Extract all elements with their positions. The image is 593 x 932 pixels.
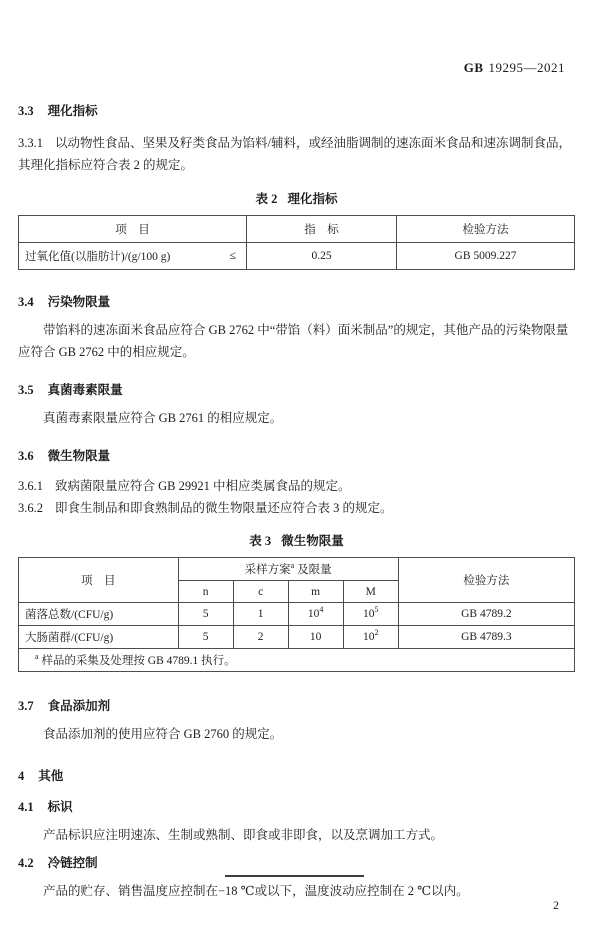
section-heading-3-7: 3.7食品添加剂 — [18, 698, 575, 714]
aerobic-count-c: 1 — [233, 603, 288, 626]
table-3-header-method: 检验方法 — [398, 558, 574, 603]
section-heading-3-6: 3.6微生物限量 — [18, 448, 575, 464]
standard-code: 19295—2021 — [489, 60, 566, 75]
table-3-footnote: a 样品的采集及处理按 GB 4789.1 执行。 — [19, 649, 575, 672]
section-heading-3-3: 3.3理化指标 — [18, 103, 575, 119]
peroxide-test-method: GB 5009.227 — [397, 243, 575, 270]
table-3-subcol-c: c — [233, 581, 288, 603]
paragraph-3-7: 食品添加剂的使用应符合 GB 2760 的规定。 — [18, 723, 575, 745]
table-3-header-sampling: 采样方案a 及限量 — [178, 558, 398, 581]
clause-number: 3.3.1 — [18, 136, 43, 150]
table-3-microbial-limits: 项 目 采样方案a 及限量 检验方法 n c m M 菌落总数/(CFU/g) … — [18, 557, 575, 672]
section-number: 4.1 — [18, 800, 34, 814]
coliform-M: 102 — [343, 626, 398, 649]
footnote-text: 样品的采集及处理按 GB 4789.1 执行。 — [41, 655, 235, 667]
standard-prefix: GB — [464, 60, 484, 75]
table-row: 大肠菌群/(CFU/g) 5 2 10 102 GB 4789.3 — [19, 626, 575, 649]
table-2-header-index: 指 标 — [246, 216, 396, 243]
table-2-header-method: 检验方法 — [397, 216, 575, 243]
paragraph-3-4: 带馅料的速冻面米食品应符合 GB 2762 中“带馅（料）面米制品”的规定，其他… — [18, 319, 575, 363]
table-3-caption: 表 3微生物限量 — [18, 531, 575, 549]
clause-number: 3.6.2 — [18, 501, 43, 515]
coliform-item: 大肠菌群/(CFU/g) — [19, 626, 179, 649]
table-row: 菌落总数/(CFU/g) 5 1 104 105 GB 4789.2 — [19, 603, 575, 626]
table-3-header-row-1: 项 目 采样方案a 及限量 检验方法 — [19, 558, 575, 581]
section-title: 标识 — [48, 800, 73, 814]
coliform-m: 10 — [288, 626, 343, 649]
footer-divider — [225, 875, 364, 877]
section-title: 污染物限量 — [48, 295, 111, 309]
section-title: 理化指标 — [48, 104, 98, 118]
table-3-subcol-n: n — [178, 581, 233, 603]
clause-text: 即食生制品和即食熟制品的微生物限量还应符合表 3 的规定。 — [55, 501, 393, 515]
peroxide-value-item: 过氧化值(以脂肪计)/(g/100 g) ≤ — [25, 248, 240, 264]
section-number: 3.7 — [18, 699, 34, 713]
coliform-method: GB 4789.3 — [398, 626, 574, 649]
peroxide-value-limit: 0.25 — [246, 243, 396, 270]
paragraph-4-2: 产品的贮存、销售温度应控制在−18 ℃或以下，温度波动应控制在 2 ℃以内。 — [18, 880, 575, 902]
table-3-caption-title: 微生物限量 — [281, 534, 344, 548]
section-heading-4: 4其他 — [18, 768, 575, 784]
clause-text: 致病菌限量应符合 GB 29921 中相应类属食品的规定。 — [55, 479, 351, 493]
section-heading-4-1: 4.1标识 — [18, 799, 575, 815]
clause-text: 以动物性食品、坚果及籽类食品为馅料/辅料，或经油脂调制的速冻面米食品和速冻调制食… — [18, 136, 571, 172]
table-2-caption: 表 2理化指标 — [18, 189, 575, 207]
section-heading-3-4: 3.4污染物限量 — [18, 294, 575, 310]
section-number: 3.4 — [18, 295, 34, 309]
table-2-caption-title: 理化指标 — [287, 192, 337, 206]
aerobic-count-item: 菌落总数/(CFU/g) — [19, 603, 179, 626]
table-3-subcol-m: m — [288, 581, 343, 603]
table-2-physical-chemical: 项 目 指 标 检验方法 过氧化值(以脂肪计)/(g/100 g) ≤ 0.25… — [18, 215, 575, 270]
coliform-n: 5 — [178, 626, 233, 649]
less-equal-symbol: ≤ — [230, 250, 240, 262]
section-number: 4 — [18, 769, 24, 783]
clause-3-6-1: 3.6.1致病菌限量应符合 GB 29921 中相应类属食品的规定。 — [18, 475, 575, 497]
section-number: 3.6 — [18, 449, 34, 463]
table-3-subcol-M: M — [343, 581, 398, 603]
aerobic-count-n: 5 — [178, 603, 233, 626]
standard-number-header: GB19295—2021 — [18, 0, 575, 76]
page-number: 2 — [553, 898, 559, 913]
section-heading-4-2: 4.2冷链控制 — [18, 855, 575, 871]
section-title: 真菌毒素限量 — [48, 383, 123, 397]
clause-3-3-1: 3.3.1以动物性食品、坚果及籽类食品为馅料/辅料，或经油脂调制的速冻面米食品和… — [18, 132, 575, 176]
table-2-caption-label: 表 2 — [256, 192, 278, 206]
table-3-footnote-row: a 样品的采集及处理按 GB 4789.1 执行。 — [19, 649, 575, 672]
section-title: 食品添加剂 — [48, 699, 111, 713]
table-3-caption-label: 表 3 — [249, 534, 271, 548]
document-page: GB19295—2021 3.3理化指标 3.3.1以动物性食品、坚果及籽类食品… — [0, 0, 593, 932]
coliform-c: 2 — [233, 626, 288, 649]
footnote-marker: a — [35, 652, 39, 661]
section-title: 微生物限量 — [48, 449, 111, 463]
section-heading-3-5: 3.5真菌毒素限量 — [18, 382, 575, 398]
aerobic-count-M: 105 — [343, 603, 398, 626]
paragraph-4-1: 产品标识应注明速冻、生制或熟制、即食或非即食，以及烹调加工方式。 — [18, 824, 575, 846]
item-label: 过氧化值(以脂肪计)/(g/100 g) — [25, 248, 170, 264]
table-2-header-item: 项 目 — [19, 216, 247, 243]
aerobic-count-method: GB 4789.2 — [398, 603, 574, 626]
paragraph-3-5: 真菌毒素限量应符合 GB 2761 的相应规定。 — [18, 407, 575, 429]
table-3-header-item: 项 目 — [19, 558, 179, 603]
aerobic-count-m: 104 — [288, 603, 343, 626]
section-title: 冷链控制 — [48, 856, 98, 870]
clause-number: 3.6.1 — [18, 479, 43, 493]
section-number: 4.2 — [18, 856, 34, 870]
section-title: 其他 — [38, 769, 63, 783]
section-number: 3.3 — [18, 104, 34, 118]
table-2-header-row: 项 目 指 标 检验方法 — [19, 216, 575, 243]
table-row: 过氧化值(以脂肪计)/(g/100 g) ≤ 0.25 GB 5009.227 — [19, 243, 575, 270]
clause-3-6-2: 3.6.2即食生制品和即食熟制品的微生物限量还应符合表 3 的规定。 — [18, 497, 575, 519]
section-number: 3.5 — [18, 383, 34, 397]
